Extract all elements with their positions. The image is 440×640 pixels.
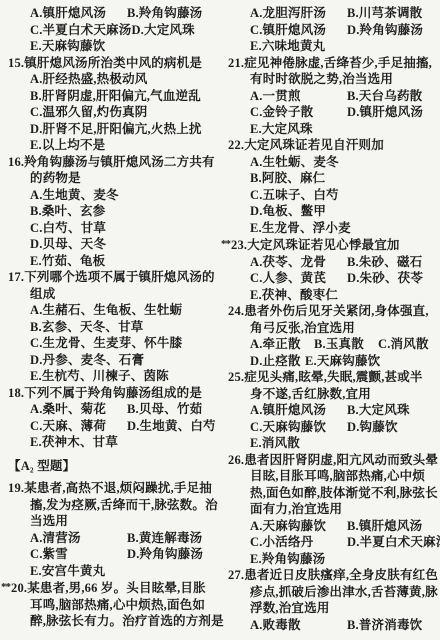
question-continuation-line: 角弓反张,治宜选用 — [228, 320, 440, 337]
option-item: E.大定风珠 — [250, 122, 313, 136]
option-item: E.茯神、酸枣仁 — [250, 288, 338, 302]
option-line: D.龟板、鳖甲 — [228, 203, 440, 220]
option-item: B.川芎茶调散 — [347, 6, 422, 20]
option-line: C.天麻、薄荷D.生地黄、白芍 — [8, 418, 220, 435]
option-line: C.温邪久留,灼伤真阴 — [8, 104, 220, 121]
double-asterisk-marker: ** — [221, 236, 230, 253]
option-line: A.镇肝熄风汤B.羚角钩藤汤 — [8, 5, 220, 22]
option-item: E.天麻钩藤饮 — [30, 39, 105, 53]
option-item: E.茯神木、甘草 — [30, 435, 118, 449]
option-line: A.生赭石、生龟板、生牡蛎 — [8, 302, 220, 319]
option-line: E.天麻钩藤饮 — [8, 38, 220, 55]
question-line: 15.镇肝熄风汤所治类中风的病机是 — [8, 55, 220, 72]
option-line: A.龙胆泻肝汤B.川芎茶调散 — [228, 5, 440, 22]
option-item: A.镇肝熄风汤 — [250, 402, 347, 419]
scanned-exam-page: { "page": { "background": "#f5f5f2", "in… — [0, 0, 440, 640]
option-line: E.以上均不是 — [8, 137, 220, 154]
option-line: E.大定风珠 — [228, 121, 440, 138]
option-item: B.桑叶、玄参 — [30, 204, 105, 218]
option-item: A.茯苓、龙骨 — [250, 254, 347, 271]
option-line: E.茯神、酸枣仁 — [228, 287, 440, 304]
option-line: A.生牡蛎、麦冬 — [228, 154, 440, 171]
question-continuation-line: 组成 — [8, 286, 220, 303]
option-line: E.生杭芍、川楝子、茵陈 — [8, 368, 220, 385]
option-line: A.肝经热盛,热极动风 — [8, 71, 220, 88]
option-line: C.镇肝熄风汤D.羚角钩藤汤 — [228, 22, 440, 39]
line-text: 组成 — [30, 287, 55, 301]
option-line: A.天麻钩藤饮B.镇肝熄风汤 — [228, 518, 440, 535]
option-line: A.茯苓、龙骨B.朱砂、磁石 — [228, 254, 440, 271]
option-line: C.紫雪D.羚角钩藤汤 — [8, 546, 220, 563]
option-line: A.桑叶、菊花B.贝母、竹茹 — [8, 401, 220, 418]
line-text: 角弓反张,治宜选用 — [250, 321, 355, 335]
option-item: C.消风散 — [378, 337, 429, 351]
line-text: 22.大定风珠证若见自汗则加 — [228, 138, 384, 152]
question-line: 16.羚角钩藤汤与镇肝熄风汤二方共有 — [8, 154, 220, 171]
question-continuation-line: 身不遂,舌红脉数,宜用 — [228, 386, 440, 403]
line-text: 面有力,治宜选用 — [250, 502, 342, 516]
option-line: C.白芍、甘草 — [8, 220, 220, 237]
question-continuation-line: 搐,发为痉厥,舌绛而干,脉弦数。治 — [8, 497, 220, 514]
option-item: A.镇肝熄风汤 — [30, 5, 127, 22]
option-item: E.以上均不是 — [30, 138, 105, 152]
option-line: C.小活络丹D.半夏白术天麻汤 — [228, 534, 440, 551]
option-item: A.一贯煎 — [250, 88, 347, 105]
option-item: A.肝经热盛,热极动风 — [30, 72, 147, 86]
option-item: E.生杭芍、川楝子、茵陈 — [30, 369, 169, 383]
option-item: A.牵正散 — [250, 336, 310, 353]
option-line: D.肝肾不足,肝阳偏亢,火热上扰 — [8, 121, 220, 138]
option-line: B.阿胶、麻仁 — [228, 170, 440, 187]
option-item: D.大定风珠 — [131, 23, 194, 37]
option-item: B.玉真散 — [314, 336, 374, 353]
question-continuation-line: 疹点,抓破后渗出津水,舌苔薄黄,脉 — [228, 584, 440, 601]
option-line: D.丹参、麦冬、石膏 — [8, 352, 220, 369]
question-continuation-line: 的药物是 — [8, 170, 220, 187]
option-item: A.天麻钩藤饮 — [250, 518, 347, 535]
option-item: D.镇肝熄风汤 — [347, 105, 423, 119]
right-column: A.龙胆泻肝汤B.川芎茶调散C.镇肝熄风汤D.羚角钩藤汤E.六味地黄丸21.症见… — [228, 5, 440, 640]
line-text: 浮数,治宜选用 — [250, 601, 330, 615]
option-line: D.贝母、天冬 — [8, 236, 220, 253]
question-line: 24.患者外伤后见牙关紧闭,身体强直, — [228, 303, 440, 320]
option-line: C.金铃子散D.镇肝熄风汤 — [228, 104, 440, 121]
option-item: E.竹茹、龟板 — [30, 254, 105, 268]
question-continuation-line: 耳鸣,脑部热痛,心中烦热,面色如 — [8, 597, 220, 614]
option-item: D.生地黄、白芍 — [127, 419, 216, 433]
option-item: B.肝肾阴虚,肝阳偏亢,气血逆乱 — [30, 89, 201, 103]
option-item: D.贝母、天冬 — [30, 237, 106, 251]
line-text: 27.患者近日皮肤瘙痒,全身皮肤有红色 — [228, 568, 438, 582]
option-item: D.龟板、鳖甲 — [250, 204, 326, 218]
line-text: 醉,脉弦长有力。治疗首选的方剂是 — [30, 614, 224, 628]
option-item: D.肝肾不足,肝阳偏亢,火热上扰 — [30, 122, 202, 136]
option-line: E.竹茹、龟板 — [8, 253, 220, 270]
question-line: 27.患者近日皮肤瘙痒,全身皮肤有红色 — [228, 567, 440, 584]
line-text: 18.下列不属于羚角钩藤汤组成的是 — [8, 386, 202, 400]
option-line: C.天麻钩藤饮D.钩藤饮 — [228, 419, 440, 436]
option-item: C.天麻、薄荷 — [30, 418, 127, 435]
option-item: B.贝母、竹茹 — [127, 402, 202, 416]
option-item: B.镇肝熄风汤 — [347, 519, 422, 533]
line-text: 目眩,目胀耳鸣,脑部热痛,心中烦 — [250, 469, 425, 483]
option-line: E.生龙骨、浮小麦 — [228, 220, 440, 237]
question-line: 17.下列哪个选项不属于镇肝熄风汤的 — [8, 269, 220, 286]
line-text: 当选用 — [30, 514, 68, 528]
option-item: E.羚角钩藤汤 — [250, 552, 325, 566]
question-line: 21.症见神倦脉虚,舌绛苔少,手足抽搐, — [228, 55, 440, 72]
question-continuation-line: 有时时欲脱之势,治当选用 — [228, 71, 440, 88]
option-line: B.玄参、天冬、甘草 — [8, 319, 220, 336]
option-line: A.一贯煎B.天台乌药散 — [228, 88, 440, 105]
option-item: C.紫雪 — [30, 546, 127, 563]
option-item: A.清营汤 — [30, 530, 127, 547]
option-item: C.生龙骨、生麦芽、怀牛膝 — [30, 336, 182, 350]
option-item: C.镇肝熄风汤 — [250, 22, 347, 39]
option-item: C.小活络丹 — [250, 534, 347, 551]
option-line: E.羚角钩藤汤 — [228, 551, 440, 568]
question-line: 22.大定风珠证若见自汗则加 — [228, 137, 440, 154]
section-header: 【A₂ 型题】 — [8, 458, 220, 475]
question-line: 26.患者因肝肾阴虚,阳亢风动而致头晕 — [228, 452, 440, 469]
line-text: 25.症见头痛,眩晕,失眠,震颤,甚或半 — [228, 370, 423, 384]
option-line: C.人参、黄芪D.朱砂、茯苓 — [228, 270, 440, 287]
option-item: C.五味子、白芍 — [250, 188, 339, 202]
line-text: 疹点,抓破后渗出津水,舌苔薄黄,脉 — [250, 585, 438, 599]
question-continuation-line: 面有力,治宜选用 — [228, 501, 440, 518]
question-continuation-line: 当选用 — [8, 513, 220, 530]
option-line: A.镇肝熄风汤B.大定风珠 — [228, 402, 440, 419]
option-item: E.生龙骨、浮小麦 — [250, 221, 351, 235]
option-item: C.半夏白术天麻汤 — [30, 22, 131, 39]
option-line: C.半夏白术天麻汤D.大定风珠 — [8, 22, 220, 39]
option-item: C.金铃子散 — [250, 104, 347, 121]
option-item: D.钩藤饮 — [347, 420, 398, 434]
option-item: A.生地黄、麦冬 — [30, 188, 119, 202]
line-text: 搐,发为痉厥,舌绛而干,脉弦数。治 — [30, 498, 218, 512]
option-item: B.黄连解毒汤 — [127, 531, 202, 545]
option-line: B.肝肾阴虚,肝阳偏亢,气血逆乱 — [8, 88, 220, 105]
option-item: B.羚角钩藤汤 — [127, 6, 202, 20]
option-item: A.桑叶、菊花 — [30, 401, 127, 418]
option-item: B.大定风珠 — [347, 403, 410, 417]
option-item: E.消风散 — [250, 436, 300, 450]
option-item: D.丹参、麦冬、石膏 — [30, 353, 144, 367]
line-text: 的药物是 — [30, 171, 81, 185]
option-item: C.白芍、甘草 — [30, 221, 106, 235]
line-text: 17.下列哪个选项不属于镇肝熄风汤的 — [8, 270, 215, 284]
option-item: B.普济消毒饮 — [347, 618, 422, 632]
question-continuation-line: 目眩,目胀耳鸣,脑部热痛,心中烦 — [228, 468, 440, 485]
question-line-starred: **20.某患者,男,66 岁。头目眩晕,目胀 — [1, 579, 220, 597]
option-line: E.安宫牛黄丸 — [8, 563, 220, 580]
line-text: 热,面色如醉,肢体渐觉不利,脉弦长 — [250, 486, 438, 500]
option-line: C.生龙骨、生麦芽、怀牛膝 — [8, 335, 220, 352]
option-item: B.阿胶、麻仁 — [250, 171, 325, 185]
option-item: A.生牡蛎、麦冬 — [250, 155, 339, 169]
line-text: 23.大定风珠证若见心悸最宜加 — [231, 238, 400, 252]
line-text: 【A₂ 型题】 — [8, 459, 75, 473]
option-item: E.六味地黄丸 — [250, 39, 325, 53]
option-item: C.人参、黄芪 — [250, 270, 347, 287]
option-item: D.羚角钩藤汤 — [347, 23, 423, 37]
option-line: E.消风散 — [228, 435, 440, 452]
option-line: E.茯神木、甘草 — [8, 434, 220, 451]
option-item: A.败毒散 — [250, 617, 347, 634]
left-column: A.镇肝熄风汤B.羚角钩藤汤C.半夏白术天麻汤D.大定风珠E.天麻钩藤饮15.镇… — [8, 5, 220, 640]
question-continuation-line: 醉,脉弦长有力。治疗首选的方剂是 — [8, 613, 220, 630]
double-asterisk-marker: ** — [1, 579, 10, 596]
line-text: 21.症见神倦脉虚,舌绛苔少,手足抽搐, — [228, 56, 432, 70]
line-text: 身不遂,舌红脉数,宜用 — [250, 387, 371, 401]
option-item: D.羚角钩藤汤 — [127, 547, 203, 561]
option-item: B.玄参、天冬、甘草 — [30, 320, 143, 334]
option-item: B.朱砂、磁石 — [347, 255, 422, 269]
option-line: B.桑叶、玄参 — [8, 203, 220, 220]
option-line: A.败毒散B.普济消毒饮 — [228, 617, 440, 634]
line-text: 16.羚角钩藤汤与镇肝熄风汤二方共有 — [8, 155, 215, 169]
line-text: 19.某患者,高热不退,烦闷躁扰,手足抽 — [8, 481, 212, 495]
option-line: A.牵正散B.玉真散C.消风散 — [228, 336, 440, 353]
question-continuation-line: 浮数,治宜选用 — [228, 600, 440, 617]
option-item: C.温邪久留,灼伤真阴 — [30, 105, 147, 119]
option-line: D.止痉散E.天麻钩藤饮 — [228, 353, 440, 370]
line-text: 耳鸣,脑部热痛,心中烦热,面色如 — [30, 598, 205, 612]
line-text: 24.患者外伤后见牙关紧闭,身体强直, — [228, 304, 429, 318]
line-text: 26.患者因肝肾阴虚,阳亢风动而致头晕 — [228, 453, 438, 467]
option-item: D.止痉散 — [250, 353, 305, 370]
option-item: A.龙胆泻肝汤 — [250, 5, 347, 22]
option-item: D.半夏白术天麻汤 — [347, 535, 440, 549]
option-item: D.朱砂、茯苓 — [347, 271, 423, 285]
line-text: 有时时欲脱之势,治当选用 — [250, 72, 393, 86]
question-line: 18.下列不属于羚角钩藤汤组成的是 — [8, 385, 220, 402]
question-continuation-line: 热,面色如醉,肢体渐觉不利,脉弦长 — [228, 485, 440, 502]
question-line: 25.症见头痛,眩晕,失眠,震颤,甚或半 — [228, 369, 440, 386]
question-line: 19.某患者,高热不退,烦闷躁扰,手足抽 — [8, 480, 220, 497]
option-line: A.清营汤B.黄连解毒汤 — [8, 530, 220, 547]
line-text: 20.某患者,男,66 岁。头目眩晕,目胀 — [11, 581, 206, 595]
option-item: E.天麻钩藤饮 — [305, 354, 380, 368]
option-line: E.六味地黄丸 — [228, 38, 440, 55]
option-line: C.五味子、白芍 — [228, 187, 440, 204]
question-line-starred: **23.大定风珠证若见心悸最宜加 — [221, 236, 440, 254]
line-text: 15.镇肝熄风汤所治类中风的病机是 — [8, 56, 202, 70]
option-item: E.安宫牛黄丸 — [30, 564, 105, 578]
option-item: A.生赭石、生龟板、生牡蛎 — [30, 303, 182, 317]
exam-page: A.镇肝熄风汤B.羚角钩藤汤C.半夏白术天麻汤D.大定风珠E.天麻钩藤饮15.镇… — [0, 0, 440, 640]
option-item: B.天台乌药散 — [347, 89, 422, 103]
option-line: A.生地黄、麦冬 — [8, 187, 220, 204]
option-item: C.天麻钩藤饮 — [250, 419, 347, 436]
